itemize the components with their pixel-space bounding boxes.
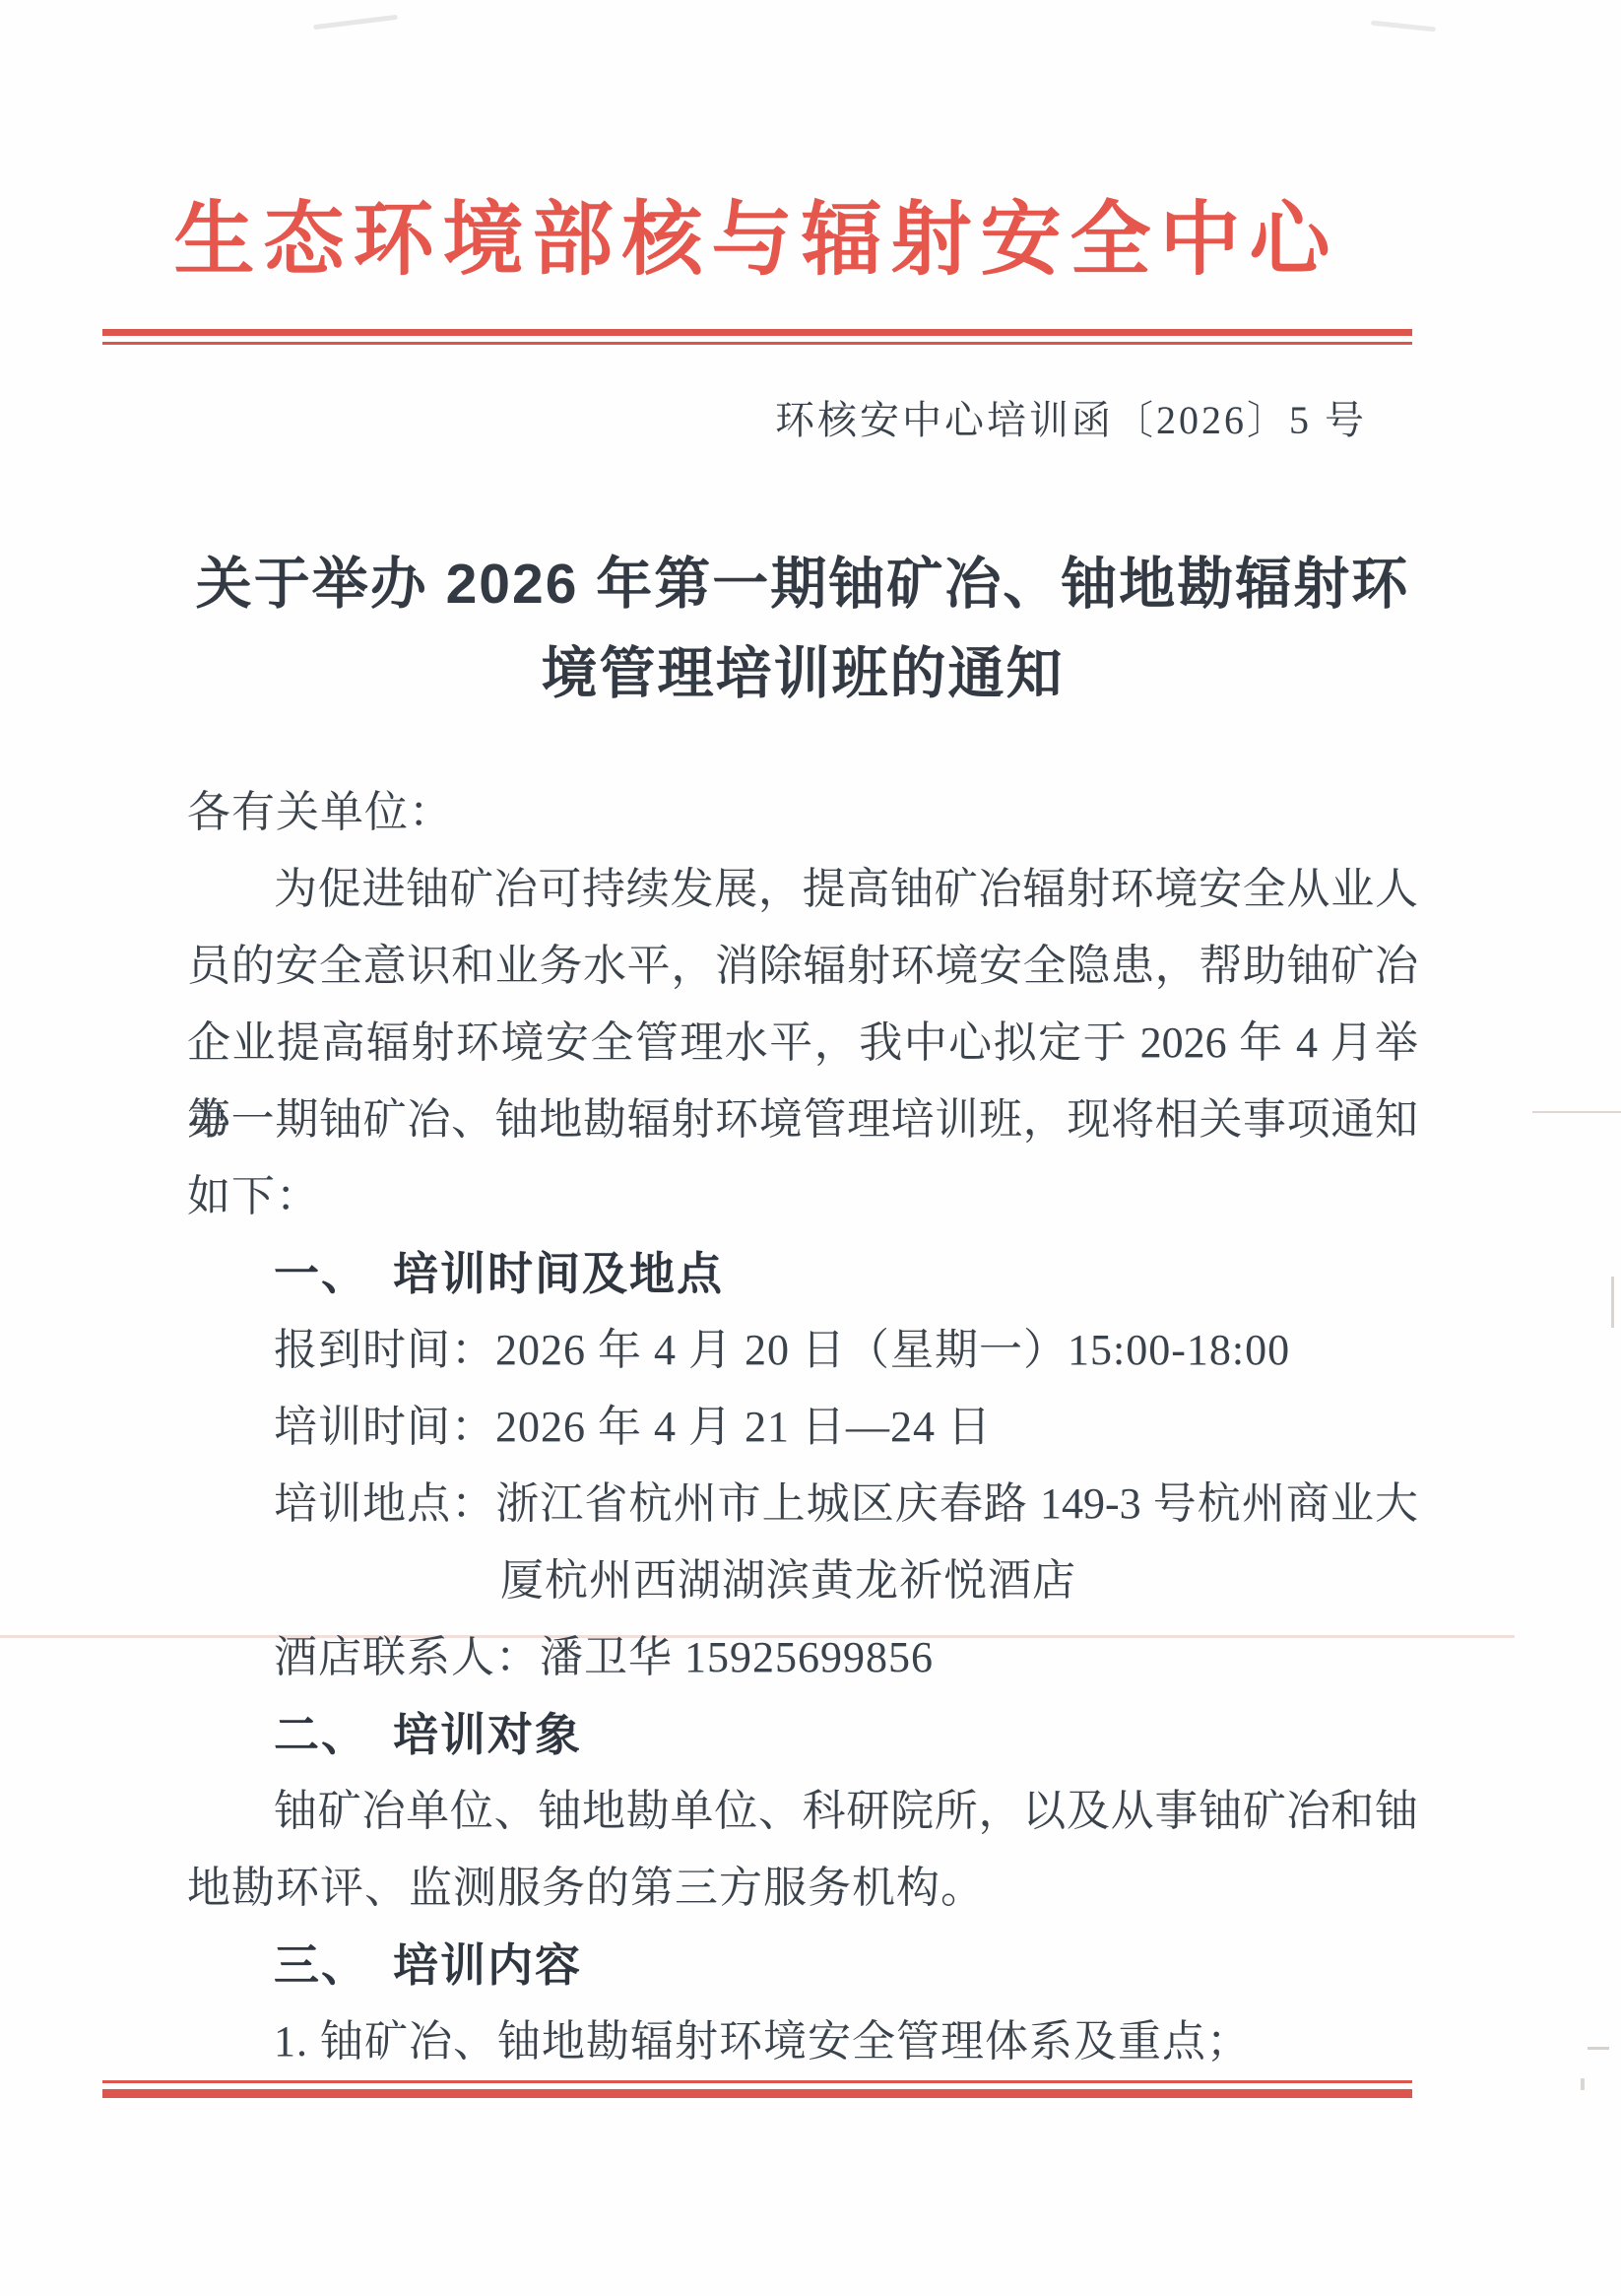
footer-rule-thin: [102, 2080, 1412, 2083]
scanned-document-page: 生态环境部核与辐射安全中心 环核安中心培训函〔2026〕5 号 关于举办 202…: [0, 0, 1621, 2296]
scan-artifact-mark: [1588, 2047, 1609, 2050]
body-line-content-item-1: 1. 铀矿冶、铀地勘辐射环境安全管理体系及重点；: [187, 2003, 1418, 2080]
scan-smudge: [1371, 21, 1436, 33]
scan-artifact-mark: [1611, 1277, 1614, 1328]
intro-line: 企业提高辐射环境安全管理水平，我中心拟定于 2026 年 4 月举办: [187, 1005, 1418, 1082]
body-line-audience-cont: 地勘环评、监测服务的第三方服务机构。: [187, 1850, 1418, 1927]
notice-title-line2: 境管理培训班的通知: [187, 629, 1418, 719]
intro-line: 为促进铀矿冶可持续发展，提高铀矿冶辐射环境安全从业人: [187, 851, 1418, 928]
intro-line: 第一期铀矿冶、铀地勘辐射环境管理培训班，现将相关事项通知: [187, 1082, 1418, 1158]
body-line-hotel-contact: 酒店联系人：潘卫华 15925699856: [187, 1619, 1418, 1696]
section-heading-3: 三、 培训内容: [187, 1927, 1418, 2003]
doc-number: 环核安中心培训函〔2026〕5 号: [0, 392, 1621, 449]
salutation: 各有关单位：: [187, 774, 1418, 851]
intro-line: 员的安全意识和业务水平，消除辐射环境安全隐患，帮助铀矿冶: [187, 928, 1418, 1005]
document-body: 各有关单位： 为促进铀矿冶可持续发展，提高铀矿冶辐射环境安全从业人 员的安全意识…: [187, 774, 1418, 2080]
letterhead-org-title: 生态环境部核与辐射安全中心: [0, 185, 1621, 295]
body-line-training-location-cont: 厦杭州西湖湖滨黄龙祈悦酒店: [187, 1542, 1418, 1619]
body-line-checkin-time: 报到时间：2026 年 4 月 20 日（星期一）15:00-18:00: [187, 1312, 1418, 1389]
scan-artifact-mark: [1581, 2078, 1585, 2090]
notice-title-line1: 关于举办 2026 年第一期铀矿冶、铀地勘辐射环: [187, 540, 1418, 629]
letterhead-rule-thick: [102, 329, 1412, 336]
section-heading-2: 二、 培训对象: [187, 1696, 1418, 1773]
scan-smudge: [313, 15, 398, 30]
scan-artifact-line: [1532, 1111, 1621, 1113]
body-line-training-time: 培训时间：2026 年 4 月 21 日—24 日: [187, 1389, 1418, 1466]
notice-title: 关于举办 2026 年第一期铀矿冶、铀地勘辐射环 境管理培训班的通知: [187, 540, 1418, 719]
footer-rule-thick: [102, 2089, 1412, 2098]
section-heading-1: 一、 培训时间及地点: [187, 1235, 1418, 1312]
body-line-audience: 铀矿冶单位、铀地勘单位、科研院所，以及从事铀矿冶和铀: [187, 1773, 1418, 1850]
intro-line: 如下：: [187, 1158, 1418, 1235]
body-line-training-location: 培训地点：浙江省杭州市上城区庆春路 149-3 号杭州商业大: [187, 1466, 1418, 1542]
letterhead-rule-thin: [102, 342, 1412, 345]
